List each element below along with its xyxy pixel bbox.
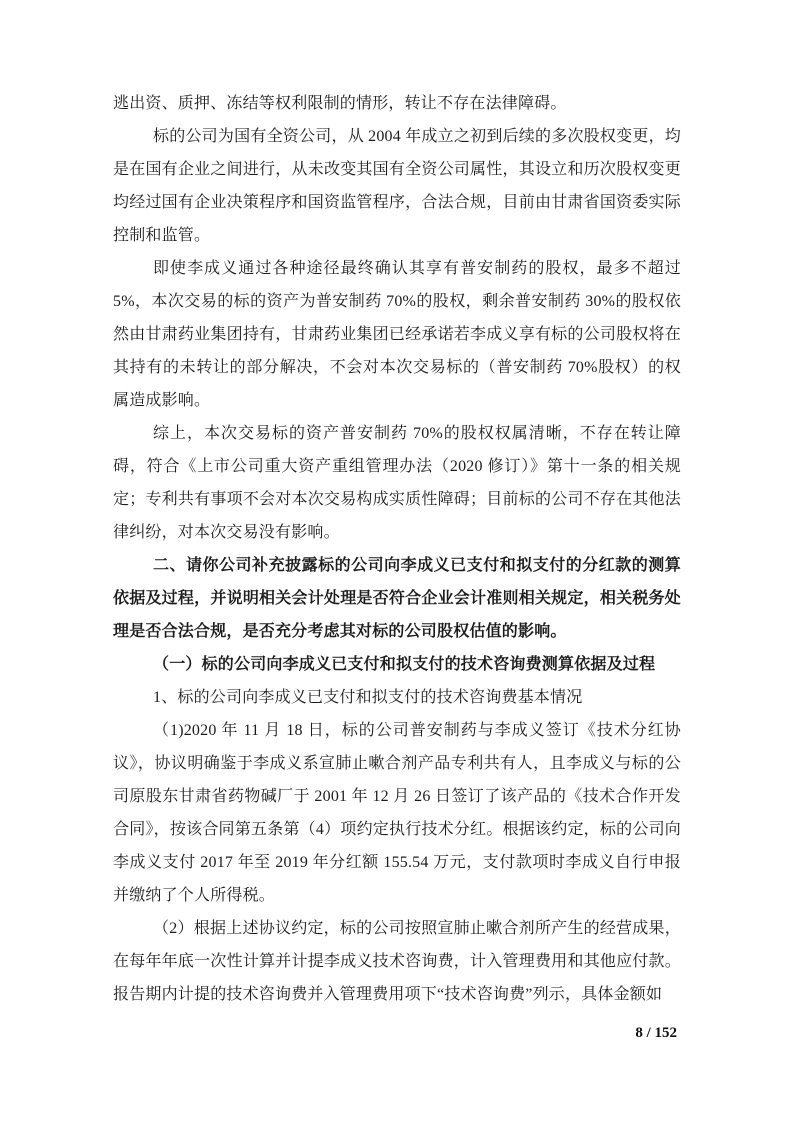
paragraph-conclusion: 综上，本次交易标的资产普安制药 70%的股权权属清晰，不存在转让障碍，符合《上市… xyxy=(113,417,681,549)
subsection-heading-1: （一）标的公司向李成义已支付和拟支付的技术咨询费测算依据及过程 xyxy=(113,648,681,681)
paragraph-equity-limit: 即使李成义通过各种途径最终确认其享有普安制药的股权，最多不超过 5%，本次交易的… xyxy=(113,252,681,417)
paragraph-company-history: 标的公司为国有全资公司，从 2004 年成立之初到后续的多次股权变更，均是在国有… xyxy=(113,120,681,252)
document-page: 逃出资、质押、冻结等权利限制的情形，转让不存在法律障碍。 标的公司为国有全资公司… xyxy=(0,0,793,1122)
paragraph-accounting-treatment: （2）根据上述协议约定，标的公司按照宣肺止嗽合剂所产生的经营成果，在每年年底一次… xyxy=(113,912,681,1011)
document-body: 逃出资、质押、冻结等权利限制的情形，转让不存在法律障碍。 标的公司为国有全资公司… xyxy=(113,87,681,1011)
paragraph-continuation: 逃出资、质押、冻结等权利限制的情形，转让不存在法律障碍。 xyxy=(113,87,681,120)
section-heading-2: 二、请你公司补充披露标的公司向李成义已支付和拟支付的分红款的测算依据及过程，并说… xyxy=(113,549,681,648)
page-number: 8 / 152 xyxy=(635,1024,677,1042)
paragraph-agreement-detail: （1)2020 年 11 月 18 日，标的公司普安制药与李成义签订《技术分红协… xyxy=(113,714,681,912)
numbered-item-1: 1、标的公司向李成义已支付和拟支付的技术咨询费基本情况 xyxy=(113,681,681,714)
